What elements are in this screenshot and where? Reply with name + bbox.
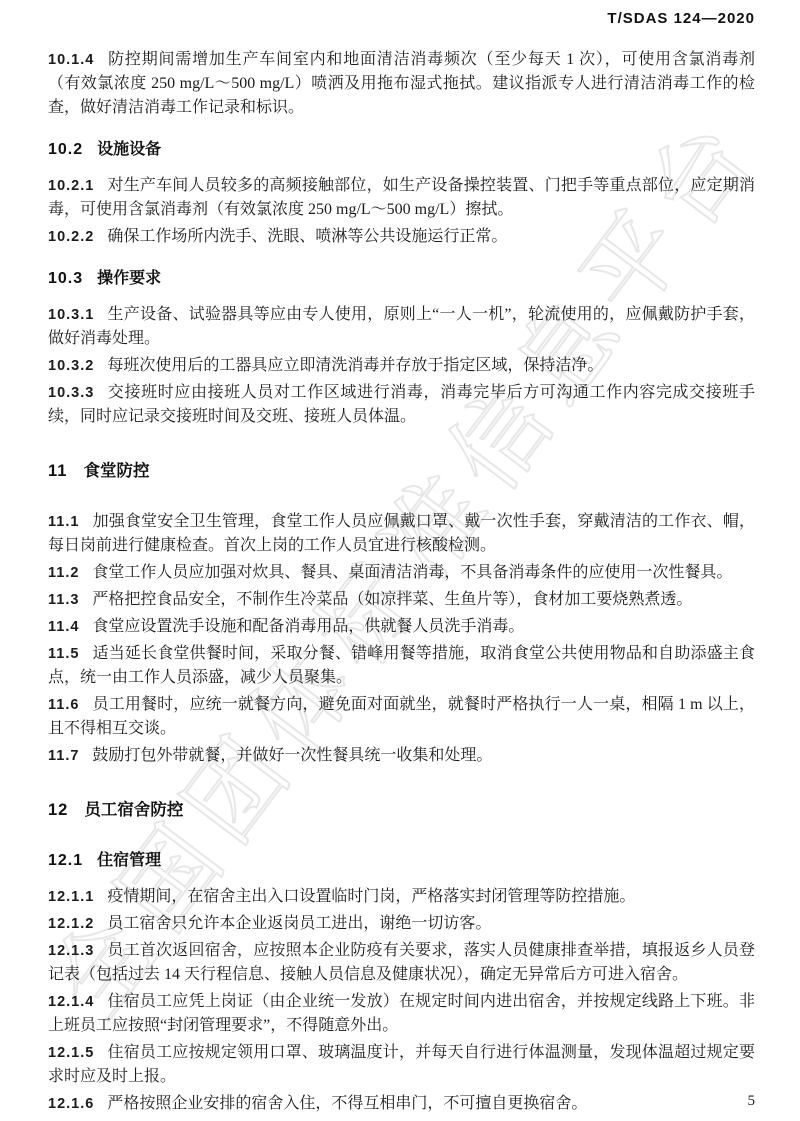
clause-11-5: 11.5适当延长食堂供餐时间，采取分餐、错峰用餐等措施，取消食堂公共使用物品和自… bbox=[48, 642, 755, 690]
standard-number: T/SDAS 124—2020 bbox=[607, 10, 755, 27]
subsection-heading-10-3: 10.3操作要求 bbox=[48, 267, 755, 291]
clause-number: 12.1.3 bbox=[48, 943, 94, 959]
page-header: T/SDAS 124—2020 bbox=[0, 0, 800, 28]
clause-text: 住宿员工应按规定领用口罩、玻璃温度计，并每天自行进行体温测量，发现体温超过规定要… bbox=[48, 1044, 755, 1085]
clause-number: 11.1 bbox=[48, 514, 79, 530]
clause-12-1-6: 12.1.6严格按照企业安排的宿舍入住，不得互相串门，不可擅自更换宿舍。 bbox=[48, 1092, 755, 1116]
clause-12-1-1: 12.1.1疫情期间，在宿舍主出入口设置临时门岗，严格落实封闭管理等防控措施。 bbox=[48, 885, 755, 909]
clause-text: 住宿员工应凭上岗证（由企业统一发放）在规定时间内进出宿舍，并按规定线路上下班。非… bbox=[48, 993, 755, 1034]
clause-text: 交接班时应由接班人员对工作区域进行消毒，消毒完毕后方可沟通工作内容完成交接班手续… bbox=[48, 384, 755, 425]
clause-number: 12.1.6 bbox=[48, 1096, 94, 1112]
clause-text: 对生产车间人员较多的高频接触部位，如生产设备操控装置、门把手等重点部位，应定期消… bbox=[48, 177, 755, 218]
chapter-heading-11: 11食堂防控 bbox=[48, 459, 755, 484]
clause-text: 员工首次返回宿舍，应按照本企业防疫有关要求，落实人员健康排查举措，填报返乡人员登… bbox=[48, 942, 755, 983]
clause-10-3-2: 10.3.2每班次使用后的工器具应立即清洗消毒并存放于指定区域，保持洁净。 bbox=[48, 354, 755, 378]
clause-number: 12.1.1 bbox=[48, 889, 94, 905]
clause-text: 防控期间需增加生产车间室内和地面清洁消毒频次（至少每天 1 次），可使用含氯消毒… bbox=[48, 51, 755, 116]
clause-text: 员工用餐时，应统一就餐方向，避免面对面就坐，就餐时严格执行一人一桌，相隔 1 m… bbox=[48, 696, 755, 737]
page-number: 5 bbox=[748, 1093, 756, 1109]
clause-number: 12.1.4 bbox=[48, 994, 94, 1010]
clause-number: 10.3.2 bbox=[48, 358, 94, 374]
clause-11-6: 11.6员工用餐时，应统一就餐方向，避免面对面就坐，就餐时严格执行一人一桌，相隔… bbox=[48, 693, 755, 741]
clause-text: 鼓励打包外带就餐，并做好一次性餐具统一收集和处理。 bbox=[92, 747, 492, 764]
clause-number: 11.2 bbox=[48, 565, 79, 581]
clause-11-3: 11.3严格把控食品安全，不制作生冷菜品（如凉拌菜、生鱼片等），食材加工要烧熟煮… bbox=[48, 588, 755, 612]
chapter-number: 12 bbox=[48, 801, 68, 819]
chapter-title: 员工宿舍防控 bbox=[84, 801, 183, 819]
heading-title: 操作要求 bbox=[97, 270, 161, 287]
clause-12-1-5: 12.1.5住宿员工应按规定领用口罩、玻璃温度计，并每天自行进行体温测量，发现体… bbox=[48, 1041, 755, 1089]
clause-number: 11.3 bbox=[48, 592, 79, 608]
heading-title: 住宿管理 bbox=[97, 852, 161, 869]
clause-10-3-1: 10.3.1生产设备、试验器具等应由专人使用，原则上“一人一机”，轮流使用的，应… bbox=[48, 303, 755, 351]
clause-number: 12.1.2 bbox=[48, 916, 94, 932]
clause-text: 食堂工作人员应加强对炊具、餐具、桌面清洁消毒，不具备消毒条件的应使用一次性餐具。 bbox=[92, 564, 732, 581]
clause-text: 确保工作场所内洗手、洗眼、喷淋等公共设施运行正常。 bbox=[107, 228, 507, 245]
clause-text: 食堂应设置洗手设施和配备消毒用品，供就餐人员洗手消毒。 bbox=[92, 618, 524, 635]
clause-number: 10.2.2 bbox=[48, 229, 94, 245]
clause-text: 适当延长食堂供餐时间，采取分餐、错峰用餐等措施，取消食堂公共使用物品和自助添盛主… bbox=[48, 645, 755, 686]
chapter-heading-12: 12员工宿舍防控 bbox=[48, 798, 755, 823]
clause-text: 严格把控食品安全，不制作生冷菜品（如凉拌菜、生鱼片等），食材加工要烧熟煮透。 bbox=[92, 591, 692, 608]
clause-text: 加强食堂安全卫生管理，食堂工作人员应佩戴口罩、戴一次性手套，穿戴清洁的工作衣、帽… bbox=[48, 513, 755, 554]
clause-10-2-1: 10.2.1对生产车间人员较多的高频接触部位，如生产设备操控装置、门把手等重点部… bbox=[48, 174, 755, 222]
subsection-heading-12-1: 12.1住宿管理 bbox=[48, 849, 755, 873]
document-page: 全国团体标准信息平台 T/SDAS 124—2020 10.1.4防控期间需增加… bbox=[0, 0, 800, 1121]
clause-number: 11.7 bbox=[48, 748, 79, 764]
clause-12-1-3: 12.1.3员工首次返回宿舍，应按照本企业防疫有关要求，落实人员健康排查举措，填… bbox=[48, 939, 755, 987]
heading-number: 12.1 bbox=[48, 852, 83, 869]
clause-11-4: 11.4食堂应设置洗手设施和配备消毒用品，供就餐人员洗手消毒。 bbox=[48, 615, 755, 639]
chapter-title: 食堂防控 bbox=[83, 462, 149, 480]
clause-number: 10.3.3 bbox=[48, 385, 94, 401]
clause-text: 严格按照企业安排的宿舍入住，不得互相串门，不可擅自更换宿舍。 bbox=[107, 1095, 587, 1112]
heading-number: 10.2 bbox=[48, 141, 83, 158]
chapter-number: 11 bbox=[48, 462, 67, 480]
page-footer: 5 bbox=[748, 1092, 756, 1110]
heading-title: 设施设备 bbox=[97, 141, 161, 158]
clause-12-1-4: 12.1.4住宿员工应凭上岗证（由企业统一发放）在规定时间内进出宿舍，并按规定线… bbox=[48, 990, 755, 1038]
clause-text: 每班次使用后的工器具应立即清洗消毒并存放于指定区域，保持洁净。 bbox=[107, 357, 603, 374]
subsection-heading-10-2: 10.2设施设备 bbox=[48, 138, 755, 162]
clause-11-1: 11.1加强食堂安全卫生管理，食堂工作人员应佩戴口罩、戴一次性手套，穿戴清洁的工… bbox=[48, 510, 755, 558]
clause-number: 11.4 bbox=[48, 619, 79, 635]
clause-text: 疫情期间，在宿舍主出入口设置临时门岗，严格落实封闭管理等防控措施。 bbox=[107, 888, 635, 905]
clause-10-3-3: 10.3.3交接班时应由接班人员对工作区域进行消毒，消毒完毕后方可沟通工作内容完… bbox=[48, 381, 755, 429]
clause-10-1-4: 10.1.4防控期间需增加生产车间室内和地面清洁消毒频次（至少每天 1 次），可… bbox=[48, 48, 755, 120]
heading-number: 10.3 bbox=[48, 270, 83, 287]
clause-number: 11.5 bbox=[48, 646, 79, 662]
clause-text: 员工宿舍只允许本企业返岗员工进出，谢绝一切访客。 bbox=[107, 915, 491, 932]
clause-12-1-2: 12.1.2员工宿舍只允许本企业返岗员工进出，谢绝一切访客。 bbox=[48, 912, 755, 936]
clause-number: 10.1.4 bbox=[48, 52, 94, 68]
clause-number: 11.6 bbox=[48, 697, 79, 713]
clause-11-2: 11.2食堂工作人员应加强对炊具、餐具、桌面清洁消毒，不具备消毒条件的应使用一次… bbox=[48, 561, 755, 585]
clause-number: 10.3.1 bbox=[48, 307, 94, 323]
clause-11-7: 11.7鼓励打包外带就餐，并做好一次性餐具统一收集和处理。 bbox=[48, 744, 755, 768]
clause-text: 生产设备、试验器具等应由专人使用，原则上“一人一机”，轮流使用的，应佩戴防护手套… bbox=[48, 306, 755, 347]
clause-number: 10.2.1 bbox=[48, 178, 94, 194]
clause-10-2-2: 10.2.2确保工作场所内洗手、洗眼、喷淋等公共设施运行正常。 bbox=[48, 225, 755, 249]
clause-number: 12.1.5 bbox=[48, 1045, 94, 1061]
document-body: 10.1.4防控期间需增加生产车间室内和地面清洁消毒频次（至少每天 1 次），可… bbox=[0, 28, 800, 1116]
